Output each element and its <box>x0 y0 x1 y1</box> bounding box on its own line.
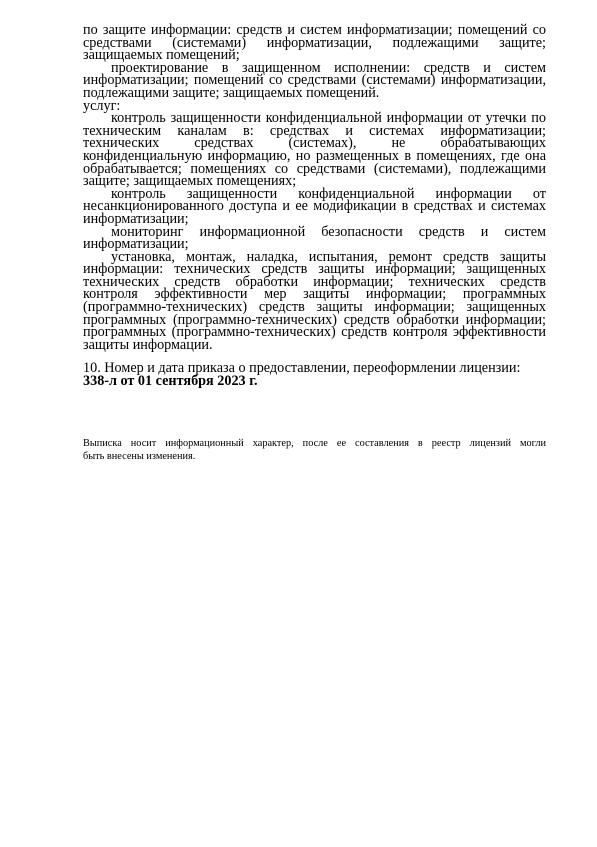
disclaimer-line-2: быть внесены изменения. <box>83 450 546 463</box>
license-activities-text: по защите информации: средств и систем и… <box>83 24 546 351</box>
disclaimer-line-1: Выписка носит информационный характер, п… <box>83 437 546 450</box>
text-line: подлежащими защите; защищаемых помещений… <box>83 87 546 100</box>
disclaimer-note: Выписка носит информационный характер, п… <box>83 437 546 463</box>
text-line: защиты информации. <box>83 339 546 352</box>
section-10: 10. Номер и дата приказа о предоставлени… <box>83 362 553 388</box>
order-number-date: 338-л от 01 сентября 2023 г. <box>83 375 553 388</box>
document-page: по защите информации: средств и систем и… <box>0 0 597 847</box>
